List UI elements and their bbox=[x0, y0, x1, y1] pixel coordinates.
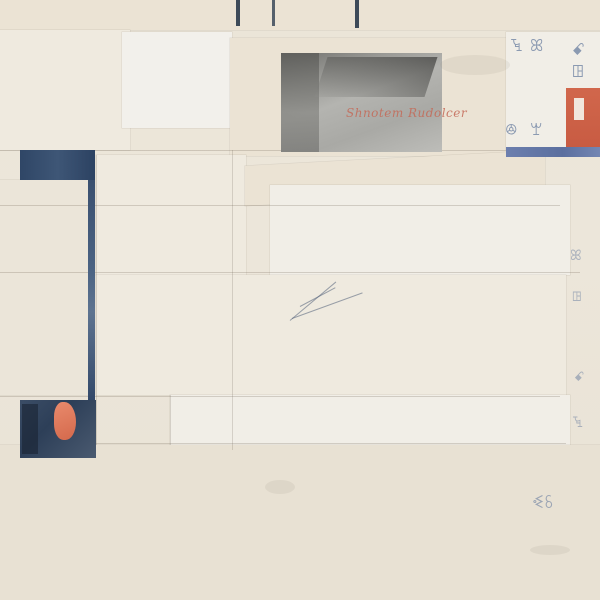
pseudo-glyph: ꖸ bbox=[572, 62, 584, 82]
pseudo-glyph: ꔃ bbox=[572, 415, 583, 431]
collage-detail bbox=[574, 98, 584, 120]
collage-canvas: Shnotem Rudolcer ꔃ ꕤ ꗃ ꖸ ꔮ ꘃ ꕤ ꖸ ꗃ ꔃ ꔽꗏ bbox=[0, 0, 600, 600]
seam-line bbox=[0, 205, 560, 206]
top-dark-mark bbox=[272, 0, 275, 26]
seam-line bbox=[170, 395, 171, 445]
pseudo-glyph: ꖸ bbox=[572, 290, 582, 305]
pseudo-glyph: ꕤ bbox=[570, 248, 582, 264]
navy-block bbox=[20, 150, 95, 180]
pseudo-glyph: ꕤ bbox=[530, 36, 543, 56]
blue-stripe bbox=[506, 147, 600, 157]
top-dark-mark bbox=[236, 0, 240, 26]
pseudo-glyph: ꗃ bbox=[574, 370, 584, 385]
paper-panel bbox=[96, 155, 246, 275]
coral-panel bbox=[566, 88, 600, 148]
photo-fragment-portrait bbox=[20, 400, 96, 458]
paper-panel bbox=[0, 445, 600, 600]
pseudo-glyph: ꔃ bbox=[510, 36, 523, 56]
smudge bbox=[440, 55, 510, 75]
paper-panel bbox=[0, 180, 90, 395]
top-strip bbox=[0, 0, 600, 30]
smudge bbox=[530, 545, 570, 555]
pseudo-glyph: ꔽꗏ bbox=[532, 492, 553, 513]
photo-fragment bbox=[281, 53, 442, 152]
photo-caption: Shnotem Rudolcer bbox=[346, 106, 467, 120]
pseudo-glyph: ꘃ bbox=[530, 120, 542, 140]
paper-panel bbox=[96, 275, 566, 395]
pseudo-glyph: ꗃ bbox=[572, 40, 585, 60]
smudge bbox=[265, 480, 295, 494]
seam-line bbox=[0, 272, 580, 273]
seam-line bbox=[96, 443, 566, 444]
seam-line bbox=[96, 155, 97, 445]
seam-line bbox=[0, 396, 560, 397]
paper-panel bbox=[170, 395, 570, 445]
top-dark-mark bbox=[355, 0, 359, 28]
seam-line bbox=[232, 150, 233, 450]
navy-vertical-bar bbox=[88, 180, 95, 400]
paper-panel bbox=[122, 32, 232, 128]
dark-shape bbox=[22, 404, 38, 454]
paper-panel bbox=[0, 30, 130, 150]
orange-figure bbox=[54, 402, 76, 440]
pseudo-glyph: ꔮ bbox=[505, 120, 517, 140]
paper-panel bbox=[270, 185, 570, 275]
